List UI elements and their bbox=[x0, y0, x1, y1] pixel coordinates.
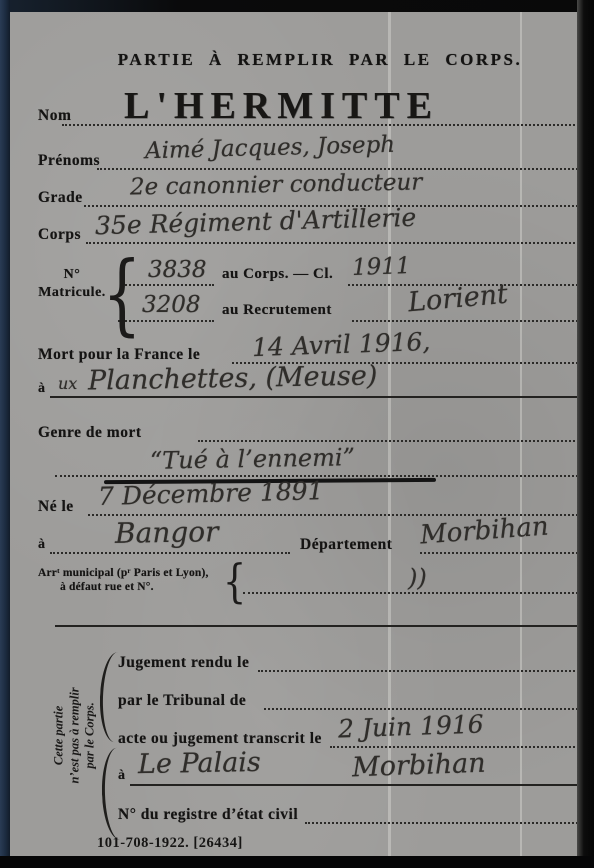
departement-rule bbox=[420, 552, 586, 554]
prenoms-rule bbox=[97, 168, 586, 170]
scan-edge-right bbox=[577, 0, 594, 868]
ne-lieu-label: à bbox=[38, 537, 46, 553]
transcrit-date-value: 2 Juin 1916 bbox=[338, 709, 485, 743]
matricule-label-line1: N° bbox=[64, 267, 81, 282]
arr-municipal-label-line1: Arrᵗ municipal (pʳ Paris et Lyon), bbox=[38, 567, 209, 579]
genre-mort-rule bbox=[198, 440, 586, 442]
side-bracket-upper bbox=[98, 652, 119, 743]
mort-lieu-value: Planchettes, (Meuse) bbox=[88, 360, 378, 396]
matricule-row2-rule2 bbox=[352, 320, 586, 322]
nom-value: L'HERMITTE bbox=[124, 84, 439, 128]
transcrit-dept-value: Morbihan bbox=[351, 748, 486, 784]
departement-label: Département bbox=[300, 536, 392, 554]
transcrit-lieu-label: à bbox=[118, 768, 126, 784]
corps-label: Corps bbox=[38, 226, 81, 244]
side-bracket-lower bbox=[100, 748, 121, 841]
arr-municipal-rule bbox=[243, 592, 586, 594]
side-note-line3: par le Corps. bbox=[83, 702, 97, 768]
ne-lieu-value: Bangor bbox=[115, 515, 219, 550]
nom-label: Nom bbox=[38, 107, 71, 125]
mort-lieu-label: à bbox=[38, 381, 46, 397]
mort-lieu-rule bbox=[50, 396, 586, 398]
scan-edge-bottom bbox=[0, 856, 594, 868]
ne-le-label: Né le bbox=[38, 498, 74, 516]
genre-mort-value: “Tué à l’ennemi” bbox=[150, 443, 355, 475]
mort-label: Mort pour la France le bbox=[38, 346, 200, 364]
corps-value: 35e Régiment d'Artillerie bbox=[95, 203, 417, 240]
arr-municipal-brace: { bbox=[223, 558, 246, 604]
ne-le-value: 7 Décembre 1891 bbox=[98, 476, 324, 511]
registre-label: N° du registre d’état civil bbox=[118, 806, 298, 824]
matricule-row2-mid-label: au Recrutement bbox=[222, 302, 332, 319]
matricule-corps-number: 3838 bbox=[148, 257, 207, 283]
matricule-brace: { bbox=[102, 250, 141, 338]
matricule-row1-mid-label: au Corps. — Cl. bbox=[222, 266, 333, 283]
side-note-line2: n’est pas à remplir bbox=[67, 687, 81, 783]
jugement-label: Jugement rendu le bbox=[118, 654, 249, 672]
corps-rule bbox=[86, 242, 586, 244]
mort-lieu-prefix: ux bbox=[58, 374, 77, 393]
scan-edge-top bbox=[0, 0, 594, 12]
jugement-rule bbox=[258, 670, 586, 672]
side-note: Cette partie n’est pas à remplir par le … bbox=[52, 640, 99, 830]
scan-edge-left bbox=[0, 0, 10, 868]
matricule-classe: 1911 bbox=[352, 253, 411, 281]
grade-label: Grade bbox=[38, 189, 83, 207]
registre-rule bbox=[305, 822, 586, 824]
matricule-label-line2: Matricule. bbox=[38, 285, 106, 300]
matricule-recrutement-number: 3208 bbox=[142, 292, 201, 318]
genre-mort-label: Genre de mort bbox=[38, 424, 142, 442]
tribunal-label: par le Tribunal de bbox=[118, 692, 246, 710]
prenoms-label: Prénoms bbox=[38, 152, 100, 170]
form-title: PARTIE À REMPLIR PAR LE CORPS. bbox=[70, 50, 570, 70]
section-divider bbox=[55, 625, 586, 627]
paper-fold-line bbox=[520, 12, 522, 856]
prenoms-value: Aimé Jacques, Joseph bbox=[145, 132, 396, 165]
ne-lieu-rule bbox=[50, 552, 290, 554]
transcrit-lieu-value: Le Palais bbox=[138, 747, 261, 780]
tribunal-rule bbox=[264, 708, 586, 710]
arr-municipal-value: )) bbox=[408, 564, 427, 592]
arr-municipal-label-line2: à défaut rue et N°. bbox=[60, 581, 154, 593]
side-note-line1: Cette partie bbox=[52, 706, 66, 765]
departement-value: Morbihan bbox=[419, 512, 549, 551]
transcrit-label: acte ou jugement transcrit le bbox=[118, 730, 322, 748]
mort-date-value: 14 Avril 1916, bbox=[252, 327, 431, 362]
footer-print-code: 101-708-1922. [26434] bbox=[97, 835, 243, 852]
grade-value: 2e canonnier conducteur bbox=[130, 169, 423, 200]
death-record-card: PARTIE À REMPLIR PAR LE CORPS. Nom L'HER… bbox=[0, 0, 594, 868]
transcrit-lieu-rule bbox=[130, 784, 586, 786]
